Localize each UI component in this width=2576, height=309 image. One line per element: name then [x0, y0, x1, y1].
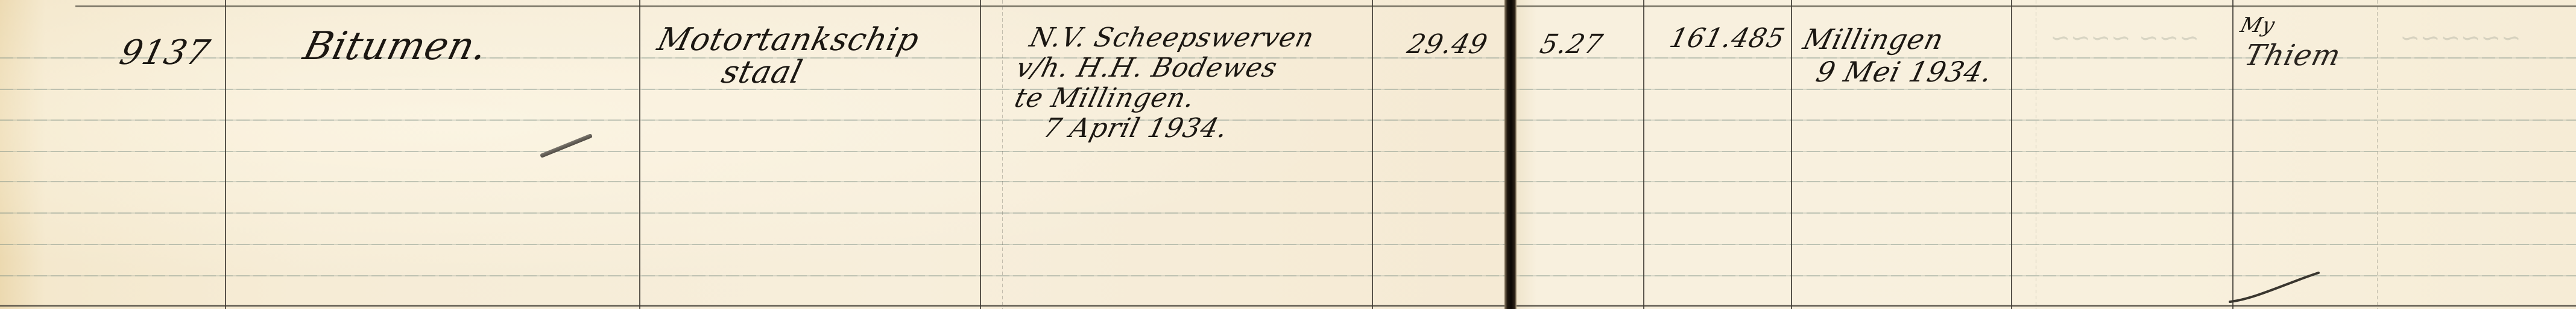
column-divider — [1643, 0, 1644, 309]
column-guide — [1002, 0, 1003, 309]
column-divider — [639, 0, 640, 309]
column-guide — [2036, 0, 2036, 309]
builder: N.V. Scheepswerven v/h. H.H. Bodewes te … — [1004, 23, 1318, 144]
measurement-1: 29.49 — [1405, 31, 1491, 58]
date-line: 9 Mei 1934. — [1813, 56, 1997, 88]
column-divider — [1791, 0, 1792, 309]
book-gutter — [1504, 0, 1517, 309]
place-line: Millingen — [1800, 23, 2004, 56]
measurement-2: 5.27 — [1538, 31, 1606, 58]
signature-name: Thiem — [2243, 43, 2343, 68]
ruled-line — [0, 212, 2576, 214]
builder-line-2: v/h. H.H. Bodewes — [1013, 53, 1310, 83]
bleed-through-text: ~~~~~~ — [2397, 24, 2524, 52]
column-divider — [1372, 0, 1373, 309]
place-and-date: Millingen 9 Mei 1934. — [1792, 23, 2004, 88]
measurement-3: 161.485 — [1667, 25, 1788, 52]
builder-line-3: te Millingen. — [1012, 83, 1302, 113]
ruled-line — [0, 244, 2576, 245]
remarks-cell — [1803, 121, 2002, 145]
bleed-through-text: ~~~ ~~~~ — [2047, 24, 2202, 52]
ship-type-line-2: staal — [719, 57, 915, 88]
signature-prefix: My — [2238, 13, 2350, 37]
signature: My Thiem — [2230, 13, 2351, 68]
column-divider — [2011, 0, 2012, 309]
ship-type-line-1: Motortankschip — [654, 24, 923, 56]
column-divider — [2232, 0, 2233, 309]
ruled-line — [0, 151, 2576, 152]
ruled-line — [0, 275, 2576, 276]
ruled-line — [0, 181, 2576, 182]
bottom-border-rule — [0, 305, 2576, 307]
column-guide — [2377, 0, 2378, 309]
closing-stroke — [2225, 266, 2328, 308]
column-divider — [980, 0, 981, 309]
column-divider — [225, 0, 226, 309]
top-border-rule — [75, 5, 2576, 7]
builder-line-4: 7 April 1934. — [1040, 113, 1295, 144]
ship-name: Bitumen. — [300, 27, 492, 66]
builder-line-1: N.V. Scheepswerven — [1026, 23, 1317, 53]
ship-type: Motortankschip staal — [646, 24, 923, 88]
register-number: 9137 — [116, 36, 213, 70]
